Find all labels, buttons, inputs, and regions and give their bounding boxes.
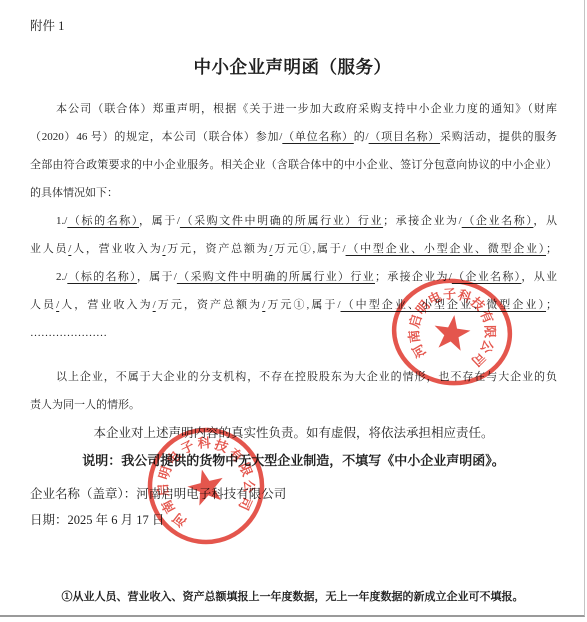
- text-segment: 2./: [56, 271, 67, 283]
- fill-in-blank: （项目名称）: [369, 131, 440, 143]
- attachment-label: 附件 1: [30, 16, 64, 34]
- text-segment: 1./: [56, 215, 67, 227]
- fill-in-blank: （采购文件中明确的所属行业）行业: [180, 215, 383, 227]
- document-title: 中小企业声明函（服务）: [0, 54, 585, 79]
- text-segment: 人，营业收入为: [59, 299, 152, 311]
- text-segment: 业人员: [30, 243, 68, 255]
- fill-in-blank: （单位名称）: [282, 131, 353, 143]
- text-segment: 全部由符合政策要求的中小企业服务。相关企业（含联合体中的中小企业、签订分包意向协…: [30, 159, 557, 171]
- text-segment: 万元①,属于/: [272, 243, 345, 255]
- document-page: 附件 1 中小企业声明函（服务） 本公司（联合体）郑重声明，根据《关于进一步加大…: [0, 0, 587, 622]
- fill-in-blank: （中型企业、小型企业、微型企业）: [341, 299, 547, 311]
- fill-in-blank: （采购文件中明确的所属行业）行业: [177, 271, 375, 283]
- text-segment: 人，营业收入为: [71, 243, 162, 255]
- text-segment: 万元，资产总额为: [156, 299, 263, 311]
- text-line: 责人为同一人的情形。: [30, 391, 557, 419]
- text-segment: ，属于/: [139, 215, 180, 227]
- text-segment: 以上企业，不属于大企业的分支机构，不存在控股股东为大企业的情形，也不存在与大企业…: [56, 371, 557, 383]
- text-segment: …………………: [30, 327, 107, 339]
- body-paragraphs: 本公司（联合体）郑重声明，根据《关于进一步加大政府采购支持中小企业力度的通知》（…: [30, 95, 557, 347]
- footnote: ①从业人员、营业收入、资产总额填报上一年度数据，无上一年度数据的新成立企业可不填…: [0, 588, 585, 604]
- text-segment: 人员: [30, 299, 56, 311]
- document-body: 本公司（联合体）郑重声明，根据《关于进一步加大政府采购支持中小企业力度的通知》（…: [30, 95, 557, 533]
- text-line: 业人员/人，营业收入为/万元，资产总额为/万元①,属于/（中型企业、小型企业、微…: [30, 235, 557, 263]
- text-line: 的具体情况如下：: [30, 179, 557, 207]
- text-segment: 采购活动，提供的服务: [440, 131, 557, 143]
- text-segment: ；: [546, 243, 557, 255]
- text-line: 以上企业，不属于大企业的分支机构，不存在控股股东为大企业的情形，也不存在与大企业…: [30, 363, 557, 391]
- bold-note: 说明：我公司提供的货物中无大型企业制造，不填写《中小企业声明函》。: [30, 447, 557, 475]
- text-segment: ；: [546, 299, 557, 311]
- fill-in-blank: （企业名称）: [462, 215, 534, 227]
- text-segment: 的具体情况如下：: [30, 187, 118, 199]
- page-sheet: 附件 1 中小企业声明函（服务） 本公司（联合体）郑重声明，根据《关于进一步加大…: [0, 0, 585, 617]
- text-segment: 责人为同一人的情形。: [30, 399, 140, 411]
- text-segment: ，从: [533, 215, 557, 227]
- text-line: 本公司（联合体）郑重声明，根据《关于进一步加大政府采购支持中小企业力度的通知》（…: [30, 95, 557, 123]
- text-segment: 本公司（联合体）郑重声明，根据《关于进一步加大政府采购支持中小企业力度的通知》（…: [56, 103, 557, 115]
- date-line: 日期：2025 年 6 月 17 日: [30, 507, 557, 533]
- responsibility-statement: 本企业对上述声明内容的真实性负责。如有虚假，将依法承担相应责任。: [30, 419, 557, 447]
- text-segment: 万元①,属于/: [265, 299, 340, 311]
- text-segment: ；承接企业为/: [383, 215, 462, 227]
- fill-in-blank: （标的名称）: [67, 271, 137, 283]
- fill-in-blank: （标的名称）: [67, 215, 139, 227]
- text-line: 全部由符合政策要求的中小企业服务。相关企业（含联合体中的中小企业、签订分包意向协…: [30, 151, 557, 179]
- fill-in-blank: （中型企业、小型企业、微型企业）: [346, 243, 546, 255]
- text-segment: 的/: [354, 131, 369, 143]
- text-segment: ，从业: [521, 271, 557, 283]
- company-name-line: 企业名称（盖章）：河南启明电子科技有限公司: [30, 481, 557, 507]
- text-line: 人员/人，营业收入为/万元，资产总额为/万元①,属于/（中型企业、小型企业、微型…: [30, 291, 557, 319]
- text-line: …………………: [30, 319, 557, 347]
- text-segment: ，属于/: [137, 271, 177, 283]
- text-segment: ；承接企业为/: [375, 271, 452, 283]
- text-segment: （2020）46 号）的规定，本公司（联合体）参加/: [30, 131, 282, 143]
- text-segment: 万元，资产总额为: [166, 243, 270, 255]
- signature-block: 企业名称（盖章）：河南启明电子科技有限公司 日期：2025 年 6 月 17 日: [30, 481, 557, 533]
- text-line: 1./（标的名称），属于/（采购文件中明确的所属行业）行业；承接企业为/（企业名…: [30, 207, 557, 235]
- closing-paragraph: 以上企业，不属于大企业的分支机构，不存在控股股东为大企业的情形，也不存在与大企业…: [30, 363, 557, 419]
- text-line: （2020）46 号）的规定，本公司（联合体）参加/（单位名称）的/（项目名称）…: [30, 123, 557, 151]
- text-line: 2./（标的名称），属于/（采购文件中明确的所属行业）行业；承接企业为/（企业名…: [30, 263, 557, 291]
- fill-in-blank: （企业名称）: [452, 271, 522, 283]
